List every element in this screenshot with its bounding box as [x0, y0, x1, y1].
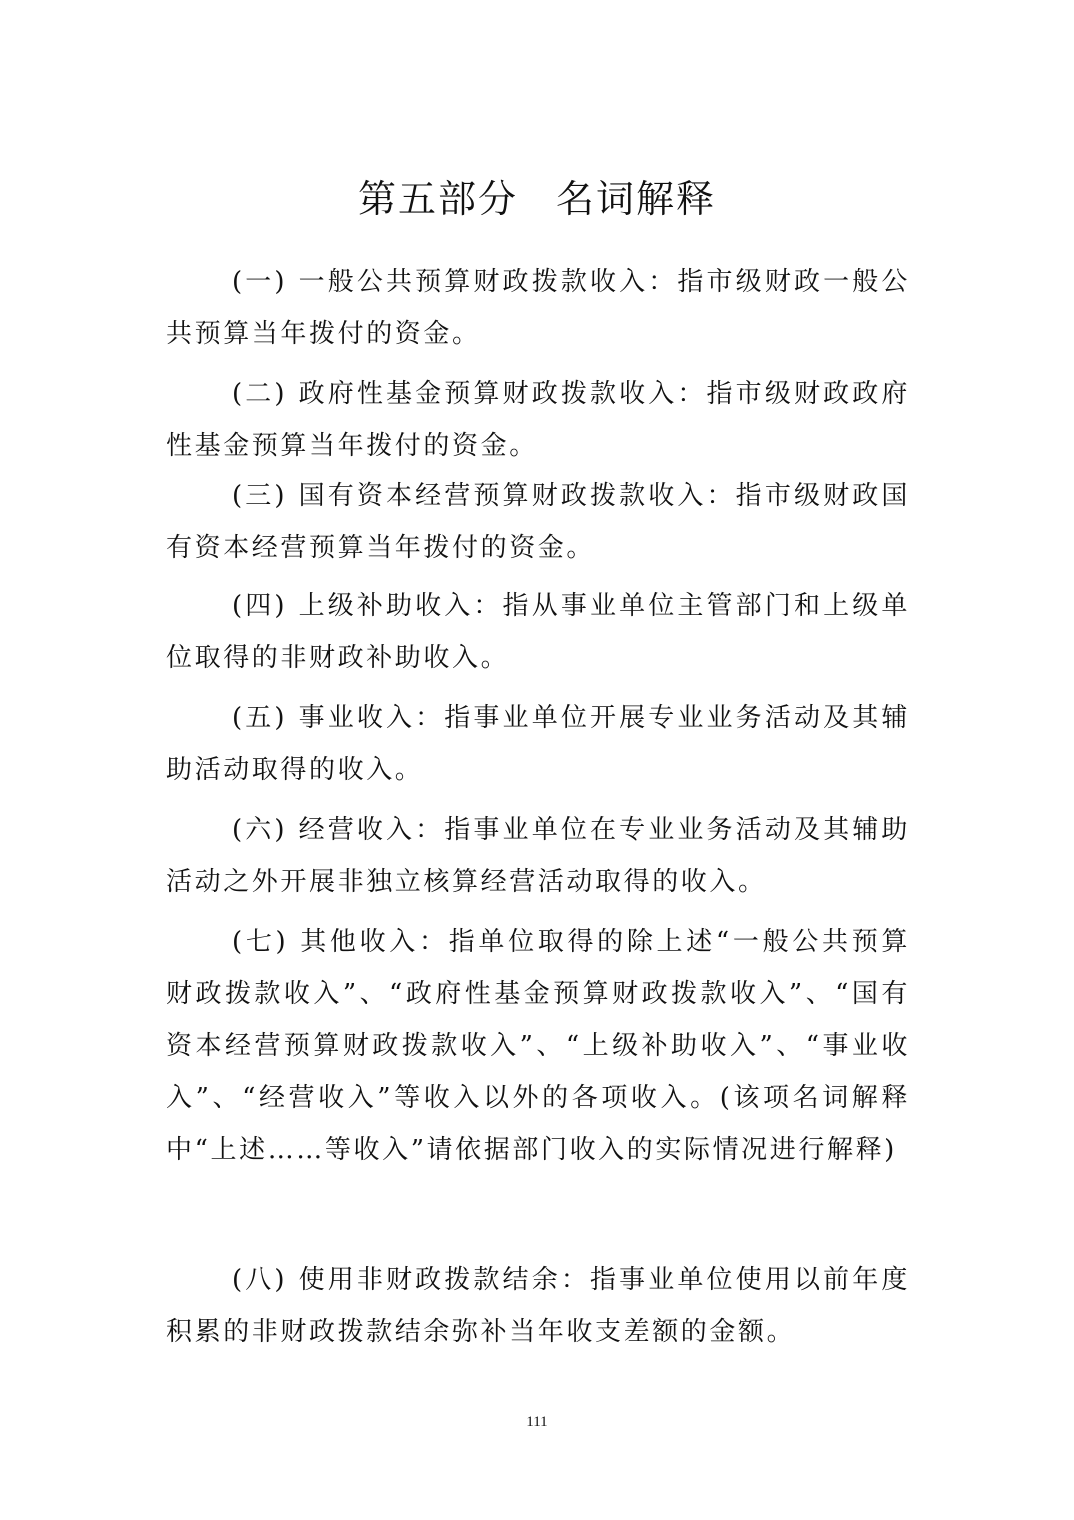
definition-paragraph: (四) 上级补助收入：指从事业单位主管部门和上级单位取得的非财政补助收入。	[166, 580, 910, 684]
page-title: 第五部分名词解释	[0, 168, 1074, 223]
definition-paragraph: (八) 使用非财政拨款结余：指事业单位使用以前年度积累的非财政拨款结余弥补当年收…	[166, 1254, 910, 1358]
definition-paragraph: (二) 政府性基金预算财政拨款收入：指市级财政政府性基金预算当年拨付的资金。	[166, 368, 910, 472]
title-part: 第五部分	[358, 177, 518, 221]
definition-paragraph: (一) 一般公共预算财政拨款收入：指市级财政一般公共预算当年拨付的资金。	[166, 256, 910, 360]
definition-paragraph: (七) 其他收入：指单位取得的除上述“一般公共预算财政拨款收入”、“政府性基金预…	[166, 916, 910, 1176]
definition-paragraph: (六) 经营收入：指事业单位在专业业务活动及其辅助活动之外开展非独立核算经营活动…	[166, 804, 910, 908]
definition-paragraph: (三) 国有资本经营预算财政拨款收入：指市级财政国有资本经营预算当年拨付的资金。	[166, 470, 910, 574]
definition-paragraph: (五) 事业收入：指事业单位开展专业业务活动及其辅助活动取得的收入。	[166, 692, 910, 796]
title-part: 名词解释	[556, 177, 716, 221]
page-number: 111	[0, 1414, 1074, 1431]
